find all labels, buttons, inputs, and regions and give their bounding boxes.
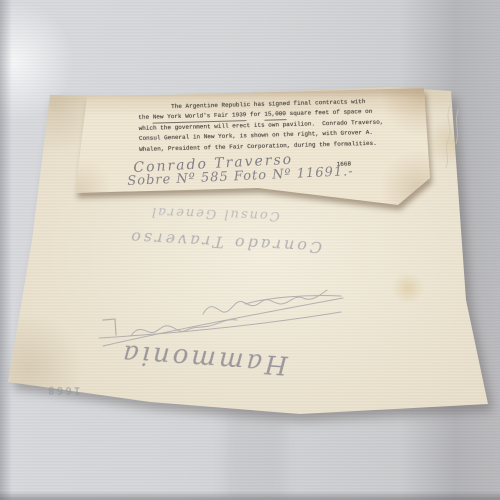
photo-verso-scene: Consul General Conrado Traverso Hammonia… (0, 0, 500, 500)
caption-slip-shadow (0, 0, 500, 500)
backdrop-bottom-edge-shading (0, 491, 500, 500)
typed-caption-block: The Argentine Republic has signed final … (138, 96, 397, 155)
